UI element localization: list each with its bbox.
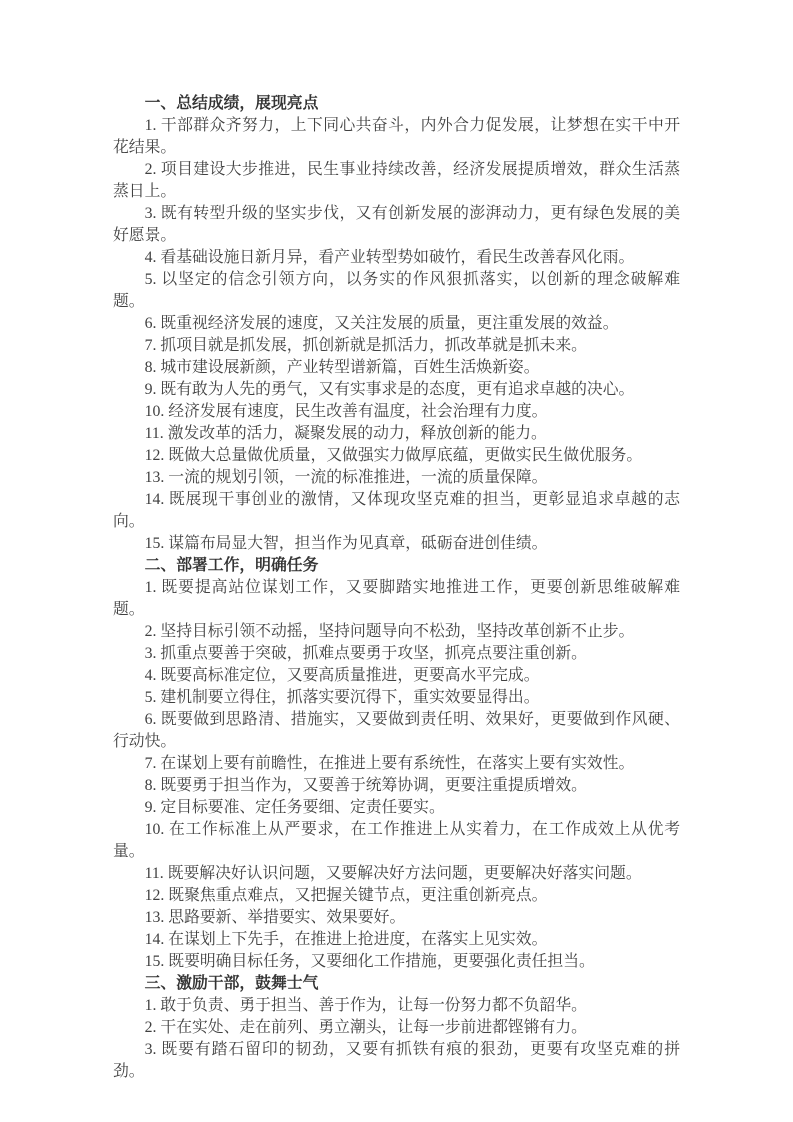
list-item: 5. 以坚定的信念引领方向，以务实的作风狠抓落实，以创新的理念破解难题。 xyxy=(113,269,680,313)
list-item: 1. 干部群众齐努力，上下同心共奋斗，内外合力促发展，让梦想在实干中开花结果。 xyxy=(113,115,680,159)
list-item: 3. 既有转型升级的坚实步伐，又有创新发展的澎湃动力，更有绿色发展的美好愿景。 xyxy=(113,203,680,247)
list-item: 6. 既要做到思路清、措施实，又要做到责任明、效果好，更要做到作风硬、行动快。 xyxy=(113,709,680,753)
list-item: 14. 在谋划上下先手，在推进上抢进度，在落实上见实效。 xyxy=(113,929,680,951)
list-item: 4. 看基础设施日新月异，看产业转型势如破竹，看民生改善春风化雨。 xyxy=(113,247,680,269)
list-item: 8. 城市建设展新颜，产业转型谱新篇，百姓生活焕新姿。 xyxy=(113,357,680,379)
list-item: 3. 既要有踏石留印的韧劲，又要有抓铁有痕的狠劲，更要有攻坚克难的拼劲。 xyxy=(113,1039,680,1083)
list-item: 7. 抓项目就是抓发展，抓创新就是抓活力，抓改革就是抓未来。 xyxy=(113,335,680,357)
list-item: 12. 既做大总量做优质量，又做强实力做厚底蕴，更做实民生做优服务。 xyxy=(113,445,680,467)
list-item: 2. 坚持目标引领不动摇，坚持问题导向不松劲，坚持改革创新不止步。 xyxy=(113,621,680,643)
list-item: 12. 既聚焦重点难点，又把握关键节点，更注重创新亮点。 xyxy=(113,885,680,907)
section-deploy-work: 二、部署工作，明确任务 1. 既要提高站位谋划工作，又要脚踏实地推进工作，更要创… xyxy=(113,555,680,973)
section-heading: 二、部署工作，明确任务 xyxy=(113,555,680,577)
list-item: 13. 一流的规划引领，一流的标准推进，一流的质量保障。 xyxy=(113,467,680,489)
section-summary-achievements: 一、总结成绩，展现亮点 1. 干部群众齐努力，上下同心共奋斗，内外合力促发展，让… xyxy=(113,93,680,555)
list-item: 14. 既展现干事创业的激情，又体现攻坚克难的担当，更彰显追求卓越的志向。 xyxy=(113,489,680,533)
list-item: 4. 既要高标准定位，又要高质量推进，更要高水平完成。 xyxy=(113,665,680,687)
list-item: 7. 在谋划上要有前瞻性，在推进上要有系统性，在落实上要有实效性。 xyxy=(113,753,680,775)
section-motivate-cadres: 三、激励干部，鼓舞士气 1. 敢于负责、勇于担当、善于作为，让每一份努力都不负韶… xyxy=(113,973,680,1083)
list-item: 8. 既要勇于担当作为，又要善于统筹协调，更要注重提质增效。 xyxy=(113,775,680,797)
list-item: 10. 经济发展有速度，民生改善有温度，社会治理有力度。 xyxy=(113,401,680,423)
section-heading: 三、激励干部，鼓舞士气 xyxy=(113,973,680,995)
list-item: 9. 既有敢为人先的勇气，又有实事求是的态度，更有追求卓越的决心。 xyxy=(113,379,680,401)
section-heading: 一、总结成绩，展现亮点 xyxy=(113,93,680,115)
list-item: 11. 激发改革的活力，凝聚发展的动力，释放创新的能力。 xyxy=(113,423,680,445)
list-item: 6. 既重视经济发展的速度，又关注发展的质量，更注重发展的效益。 xyxy=(113,313,680,335)
list-item: 15. 既要明确目标任务，又要细化工作措施，更要强化责任担当。 xyxy=(113,951,680,973)
document-page: 一、总结成绩，展现亮点 1. 干部群众齐努力，上下同心共奋斗，内外合力促发展，让… xyxy=(0,0,793,1122)
list-item: 5. 建机制要立得住，抓落实要沉得下，重实效要显得出。 xyxy=(113,687,680,709)
list-item: 13. 思路要新、举措要实、效果要好。 xyxy=(113,907,680,929)
list-item: 9. 定目标要准、定任务要细、定责任要实。 xyxy=(113,797,680,819)
list-item: 3. 抓重点要善于突破，抓难点要勇于攻坚，抓亮点要注重创新。 xyxy=(113,643,680,665)
list-item: 10. 在工作标准上从严要求，在工作推进上从实着力，在工作成效上从优考量。 xyxy=(113,819,680,863)
list-item: 1. 既要提高站位谋划工作，又要脚踏实地推进工作，更要创新思维破解难题。 xyxy=(113,577,680,621)
list-item: 11. 既要解决好认识问题，又要解决好方法问题，更要解决好落实问题。 xyxy=(113,863,680,885)
list-item: 1. 敢于负责、勇于担当、善于作为，让每一份努力都不负韶华。 xyxy=(113,995,680,1017)
list-item: 15. 谋篇布局显大智，担当作为见真章，砥砺奋进创佳绩。 xyxy=(113,533,680,555)
list-item: 2. 项目建设大步推进，民生事业持续改善，经济发展提质增效，群众生活蒸蒸日上。 xyxy=(113,159,680,203)
list-item: 2. 干在实处、走在前列、勇立潮头，让每一步前进都铿锵有力。 xyxy=(113,1017,680,1039)
